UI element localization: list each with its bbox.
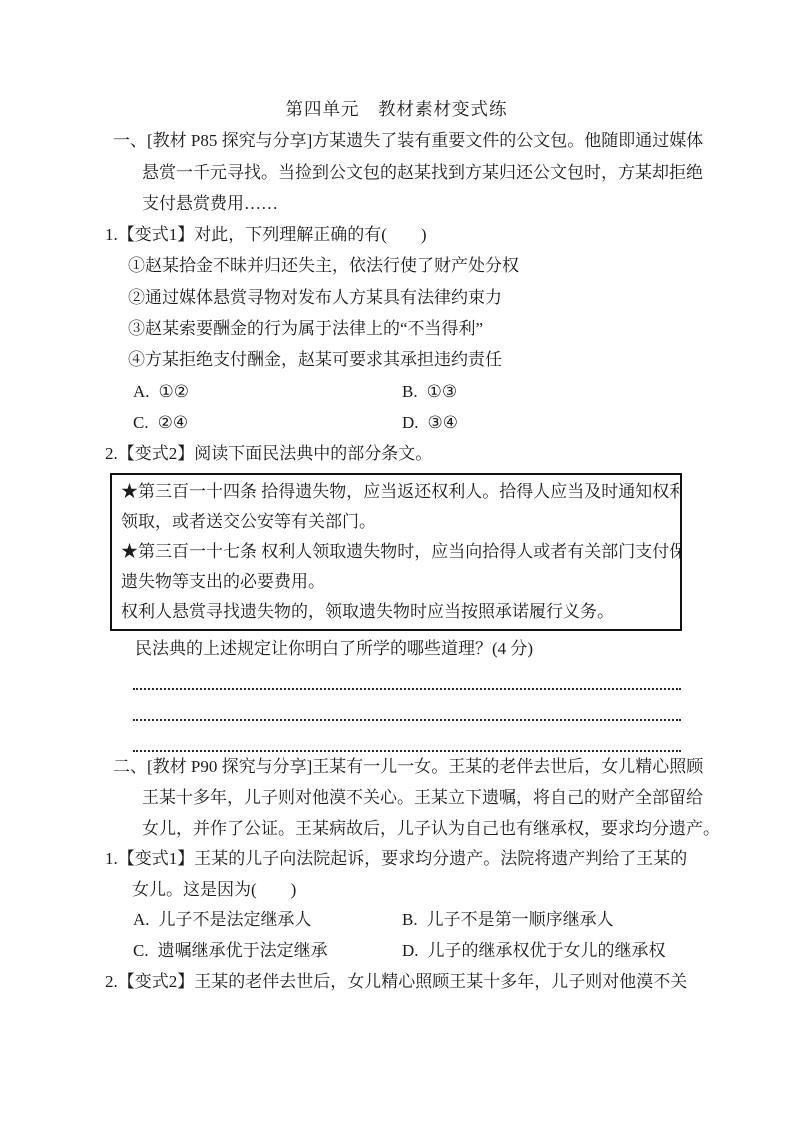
law-article-line: 权利人悬赏寻找遗失物的，领取遗失物时应当按照承诺履行义务。 — [121, 597, 671, 627]
option-label: C. — [133, 936, 149, 967]
answer-blank-line — [133, 690, 681, 721]
page-title: 第四单元 教材素材变式练 — [0, 94, 793, 125]
s1-q2-stem: 2.【变式2】阅读下面民法典中的部分条文。 — [105, 438, 793, 469]
option-label: B. — [402, 905, 418, 936]
option-text: 儿子不是第一顺序继承人 — [427, 905, 614, 936]
choice-option: B. 儿子不是第一顺序继承人 — [402, 905, 793, 936]
paragraph-line: 悬赏一千元寻找。当捡到公文包的赵某找到方某归还公文包时，方某却拒绝 — [142, 157, 793, 188]
s2-q1-stem: 1.【变式1】王某的儿子向法院起诉，要求均分遗产。法院将遗产判给了王某的女儿。这… — [0, 844, 793, 905]
option-text: ①③ — [427, 376, 457, 407]
option-label: D. — [402, 936, 419, 967]
paragraph-line: 女儿，并作了公证。王某病故后，儿子认为自己也有继承权，要求均分遗产。 — [142, 814, 793, 845]
choice-option: D. ③④ — [402, 407, 793, 438]
law-article-line: ★第三百一十七条 权利人领取遗失物时，应当向拾得人或者有关部门支付保管 — [121, 537, 671, 567]
paragraph-line: 王某十多年，儿子则对他漠不关心。王某立下遗嘱，将自己的财产全部留给 — [142, 783, 793, 814]
question-stem-line: 1.【变式1】王某的儿子向法院起诉，要求均分遗产。法院将遗产判给了王某的 — [105, 844, 793, 875]
option-text: ①② — [159, 376, 189, 407]
section2-intro: 二、[教材 P90 探究与分享]王某有一儿一女。王某的老伴去世后，女儿精心照顾王… — [0, 752, 793, 844]
s1-q1-options: A. ①② B. ①③ C. ②④ D. ③④ — [133, 376, 793, 439]
option-label: A. — [133, 376, 150, 407]
answer-blank-line — [133, 664, 681, 690]
option-label: B. — [402, 376, 418, 407]
statement-item: ③赵某索要酬金的行为属于法律上的“不当得利” — [128, 313, 793, 344]
statement-item: ④方某拒绝支付酬金，赵某可要求其承担违约责任 — [128, 344, 793, 375]
choice-option: C. ②④ — [133, 407, 402, 438]
law-article-line: ★第三百一十四条 拾得遗失物，应当返还权利人。拾得人应当及时通知权利人 — [121, 477, 671, 507]
law-article-line: 遗失物等支出的必要费用。 — [121, 567, 671, 597]
statement-item: ①赵某拾金不昧并归还失主，依法行使了财产处分权 — [128, 250, 793, 281]
worksheet-page: 第四单元 教材素材变式练 一、[教材 P85 探究与分享]方某遗失了装有重要文件… — [0, 0, 793, 1122]
s1-q2-question: 民法典的上述规定让你明白了所学的哪些道理？(4 分) — [135, 633, 793, 664]
s2-q1-options: A. 儿子不是法定继承人 B. 儿子不是第一顺序继承人 C. 遗嘱继承优于法定继… — [133, 905, 793, 966]
option-text: 遗嘱继承优于法定继承 — [158, 936, 328, 967]
choice-option: D. 儿子的继承权优于女儿的继承权 — [402, 936, 793, 967]
civil-code-box: ★第三百一十四条 拾得遗失物，应当返还权利人。拾得人应当及时通知权利人领取，或者… — [110, 473, 682, 631]
choice-option: C. 遗嘱继承优于法定继承 — [133, 936, 402, 967]
answer-blank-lines — [133, 664, 681, 753]
option-text: ③④ — [428, 407, 458, 438]
s1-q1-stem: 1.【变式1】对此，下列理解正确的有( ) — [105, 219, 793, 250]
option-label: C. — [133, 407, 149, 438]
question-stem-line: 女儿。这是因为( ) — [132, 875, 793, 906]
choice-option: B. ①③ — [402, 376, 793, 407]
s2-q2: 2.【变式2】王某的老伴去世后，女儿精心照顾王某十多年，儿子则对他漠不关 — [0, 967, 793, 998]
statement-item: ②通过媒体悬赏寻物对发布人方某具有法律约束力 — [128, 282, 793, 313]
s1-q1-items: ①赵某拾金不昧并归还失主，依法行使了财产处分权②通过媒体悬赏寻物对发布人方某具有… — [0, 250, 793, 375]
s2-q2-stem: 2.【变式2】王某的老伴去世后，女儿精心照顾王某十多年，儿子则对他漠不关 — [105, 967, 793, 998]
answer-blank-line — [133, 721, 681, 752]
option-text: ②④ — [158, 407, 188, 438]
law-article-line: 领取，或者送交公安等有关部门。 — [121, 507, 671, 537]
choice-option: A. 儿子不是法定继承人 — [133, 905, 402, 936]
option-label: A. — [133, 905, 150, 936]
choice-option: A. ①② — [133, 376, 402, 407]
paragraph-line: 一、[教材 P85 探究与分享]方某遗失了装有重要文件的公文包。他随即通过媒体 — [113, 125, 793, 156]
paragraph-line: 支付悬赏费用…… — [142, 188, 793, 219]
option-text: 儿子的继承权优于女儿的继承权 — [428, 936, 666, 967]
paragraph-line: 二、[教材 P90 探究与分享]王某有一儿一女。王某的老伴去世后，女儿精心照顾 — [113, 752, 793, 783]
option-text: 儿子不是法定继承人 — [159, 905, 312, 936]
option-label: D. — [402, 407, 419, 438]
section1-intro: 一、[教材 P85 探究与分享]方某遗失了装有重要文件的公文包。他随即通过媒体悬… — [0, 125, 793, 219]
